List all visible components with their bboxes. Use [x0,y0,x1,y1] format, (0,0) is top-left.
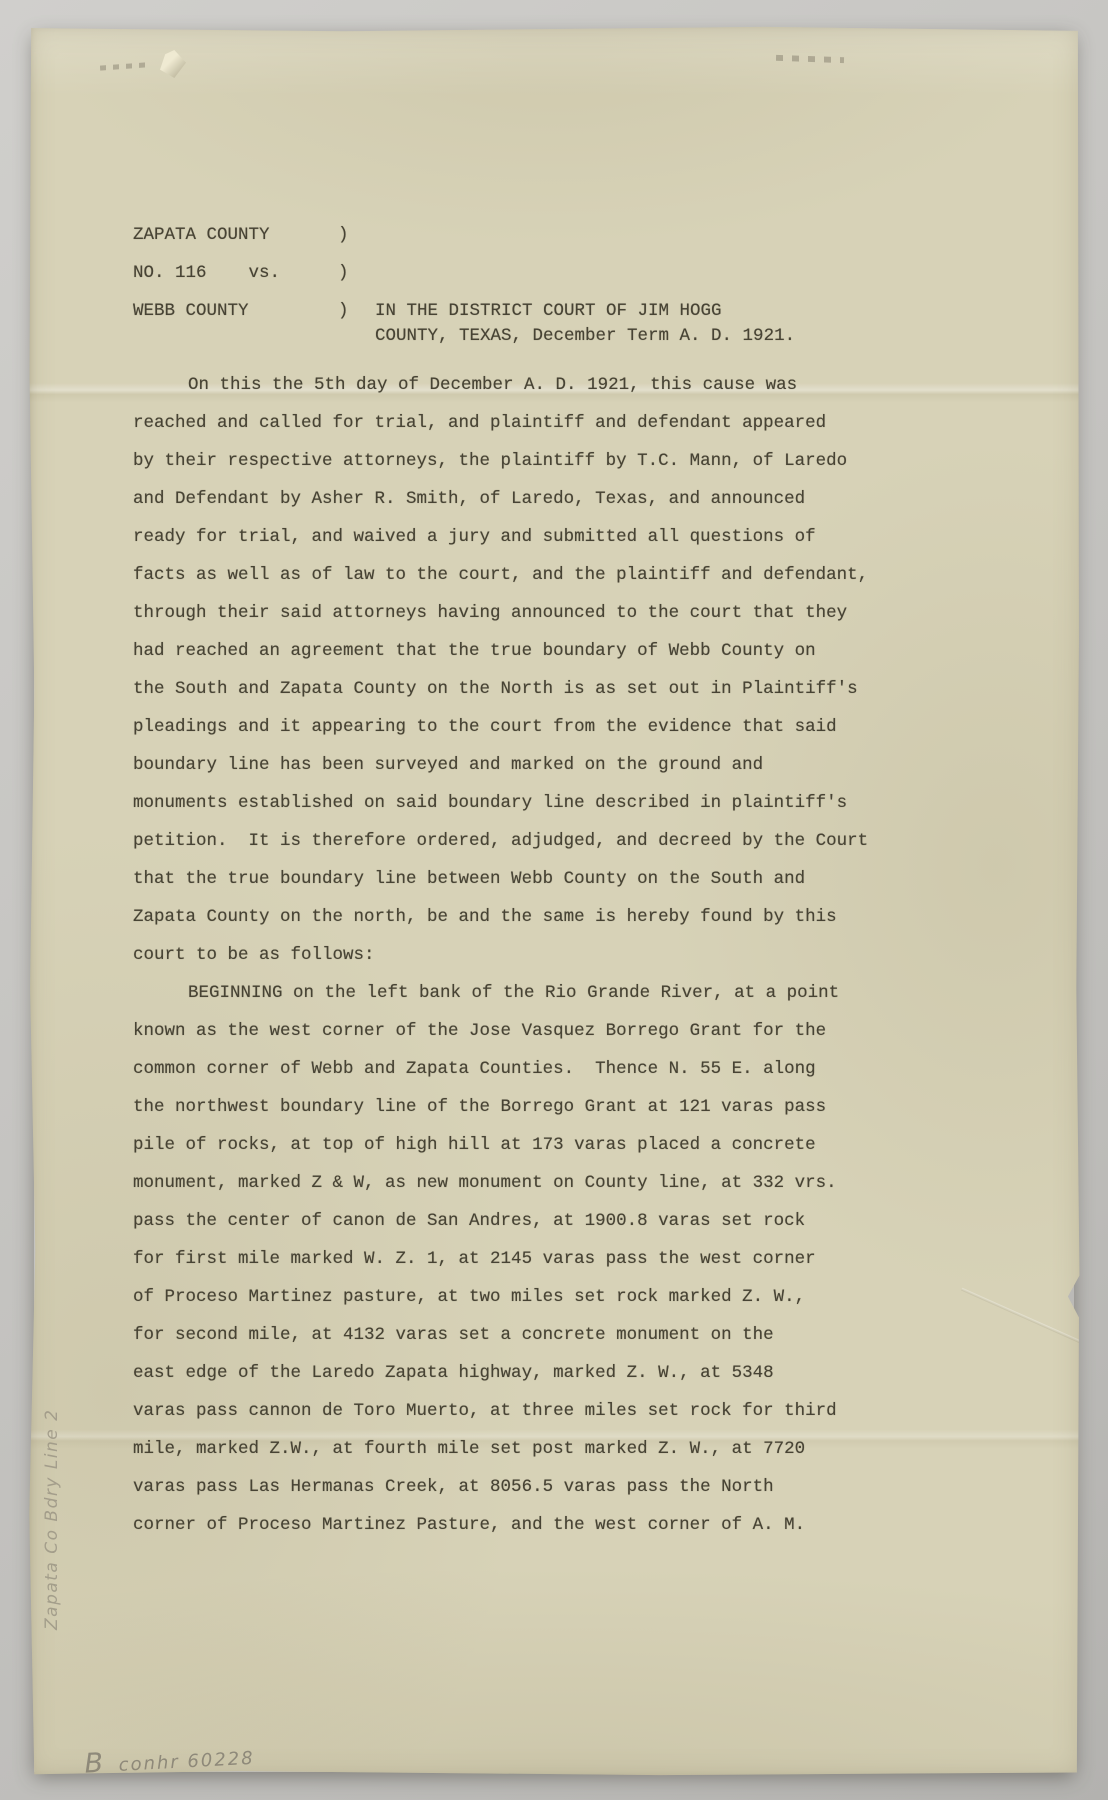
typed-line: pass the center of canon de San Andres, … [133,1202,943,1240]
paren-bracket: ) [338,261,349,285]
typed-line: petition. It is therefore ordered, adjud… [133,822,943,860]
paren-bracket: ) [338,299,349,323]
typed-line: facts as well as of law to the court, an… [133,556,943,594]
typed-line: through their said attorneys having anno… [133,594,943,632]
typed-line: known as the west corner of the Jose Vas… [133,1012,943,1050]
court-designation-line1: IN THE DISTRICT COURT OF JIM HOGG [375,299,722,323]
typed-line: court to be as follows: [133,936,943,974]
paper-crease [961,1288,1081,1344]
typed-line: Zapata County on the north, be and the s… [133,898,943,936]
typed-line: the northwest boundary line of the Borre… [133,1088,943,1126]
scanned-document-page: ZAPATA COUNTY ) NO. 116 vs. ) WEBB COUNT… [0,0,1108,1800]
typed-line: common corner of Webb and Zapata Countie… [133,1050,943,1088]
typed-line: ready for trial, and waived a jury and s… [133,518,943,556]
typed-line: reached and called for trial, and plaint… [133,404,943,442]
court-designation-line2: COUNTY, TEXAS, December Term A. D. 1921. [375,324,795,348]
typed-line: BEGINNING on the left bank of the Rio Gr… [133,974,943,1012]
typed-line: varas pass Las Hermanas Creek, at 8056.5… [133,1468,943,1506]
defendant-name: WEBB COUNTY [133,299,249,323]
paren-bracket: ) [338,223,349,247]
typed-line: monuments established on said boundary l… [133,784,943,822]
typed-line: boundary line has been surveyed and mark… [133,746,943,784]
pencil-marks-right [776,55,844,63]
typed-line: pile of rocks, at top of high hill at 17… [133,1126,943,1164]
typed-line: that the true boundary line between Webb… [133,860,943,898]
case-number: NO. 116 vs. [133,261,280,285]
archive-note-number: conhr 60228 [103,1748,255,1777]
archive-number-note: B conhr 60228 [52,1721,256,1800]
margin-note-vertical: Zapata Co Bdry Line 2 [42,1270,62,1630]
typed-line: the South and Zapata County on the North… [133,670,943,708]
paper-sheet: ZAPATA COUNTY ) NO. 116 vs. ) WEBB COUNT… [28,26,1080,1776]
plaintiff-name: ZAPATA COUNTY [133,223,270,247]
judgment-body-text: On this the 5th day of December A. D. 19… [133,366,943,1544]
typed-line: and Defendant by Asher R. Smith, of Lare… [133,480,943,518]
typed-line: monument, marked Z & W, as new monument … [133,1164,943,1202]
typed-line: had reached an agreement that the true b… [133,632,943,670]
typed-line: for second mile, at 4132 varas set a con… [133,1316,943,1354]
case-caption: ZAPATA COUNTY ) NO. 116 vs. ) WEBB COUNT… [133,223,893,363]
typed-line: corner of Proceso Martinez Pasture, and … [133,1506,943,1544]
archive-note-initial: B [84,1748,104,1780]
typed-line: varas pass cannon de Toro Muerto, at thr… [133,1392,943,1430]
typed-line: mile, marked Z.W., at fourth mile set po… [133,1430,943,1468]
typed-line: of Proceso Martinez pasture, at two mile… [133,1278,943,1316]
typed-line: On this the 5th day of December A. D. 19… [133,366,943,404]
pencil-marks-left [100,62,146,70]
typed-line: for first mile marked W. Z. 1, at 2145 v… [133,1240,943,1278]
paper-fold-stain [160,50,186,78]
typed-line: pleadings and it appearing to the court … [133,708,943,746]
typed-line: east edge of the Laredo Zapata highway, … [133,1354,943,1392]
typed-line: by their respective attorneys, the plain… [133,442,943,480]
